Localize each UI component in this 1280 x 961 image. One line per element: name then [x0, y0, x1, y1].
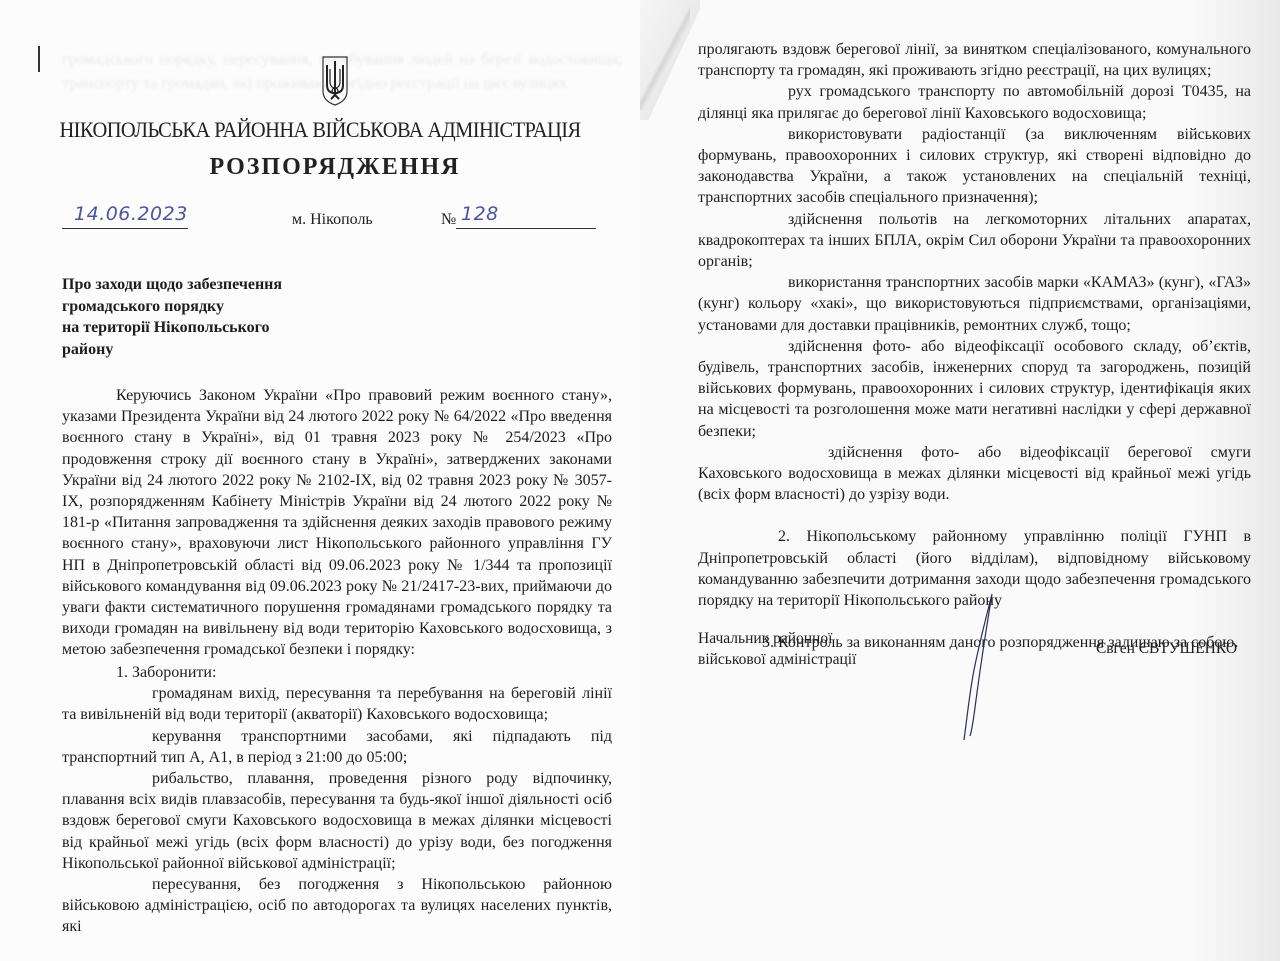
handwritten-date: 14.06.2023 [74, 203, 188, 225]
prohibition-paragraph: використовувати радіостанції (за виключе… [698, 124, 1251, 209]
page-fold-shadow [640, 0, 690, 110]
organization-name: НІКОПОЛЬСЬКА РАЙОННА ВІЙСЬКОВА АДМІНІСТР… [22, 117, 617, 143]
continuation-paragraph: пролягають вздовж берегової лінії, за ви… [698, 39, 1251, 81]
prohibition-paragraph: здійснення фото- або відеофіксації берег… [698, 442, 1251, 506]
left-page: громадського порядку, пересування, переб… [0, 0, 640, 961]
item1-paragraph: рибальство, плавання, проведення різного… [62, 768, 612, 874]
prohibition-paragraph: здійснення польотів на легкомоторних літ… [698, 209, 1251, 273]
signatory-name: Євген ЄВТУШЕНКО [1096, 640, 1237, 658]
item1-paragraph: пересування, без погодження з Нікопольсь… [62, 874, 612, 938]
handwritten-signature [940, 590, 1000, 750]
prohibition-paragraph: рух громадського транспорту по автомобіл… [698, 81, 1251, 123]
prohibition-paragraph: використання транспортних засобів марки … [698, 272, 1251, 336]
handwritten-number: 128 [461, 203, 499, 225]
number-sign: № [441, 211, 456, 229]
subject-line: Про заходи щодо забезпечення [62, 274, 322, 296]
subject-heading: Про заходи щодо забезпечення громадськог… [62, 274, 322, 360]
item1-paragraph: керування транспортними засобами, які пі… [62, 726, 612, 768]
item1-block: 1. Заборонити: громадянам вихід, пересув… [62, 662, 612, 938]
number-field: 128 [456, 203, 596, 229]
document-type-title: РОЗПОРЯДЖЕННЯ [0, 154, 640, 181]
date-field: 14.06.2023 [62, 203, 188, 229]
subject-line: на території Нікопольського [62, 317, 322, 339]
item1-continuation-block: пролягають вздовж берегової лінії, за ви… [698, 39, 1251, 653]
prohibition-paragraph: здійснення фото- або відеофіксації особо… [698, 336, 1251, 442]
signatory-title-line: Начальник районної [698, 628, 856, 649]
preamble-paragraph: Керуючись Законом України «Про правовий … [62, 385, 612, 661]
margin-mark [38, 46, 40, 72]
preamble-block: Керуючись Законом України «Про правовий … [62, 385, 612, 661]
subject-line: громадського порядку [62, 296, 322, 318]
item1-paragraph: громадянам вихід, пересування та перебув… [62, 683, 612, 725]
signatory-title-line: військової адміністрації [698, 649, 856, 670]
signatory-title: Начальник районної військової адміністра… [698, 628, 856, 670]
subject-line: району [62, 339, 322, 361]
trident-coat-of-arms-icon [321, 55, 349, 107]
item1-heading: 1. Заборонити: [62, 662, 612, 683]
city-label: м. Нікополь [292, 211, 373, 229]
right-page: пролягають вздовж берегової лінії, за ви… [640, 0, 1280, 961]
